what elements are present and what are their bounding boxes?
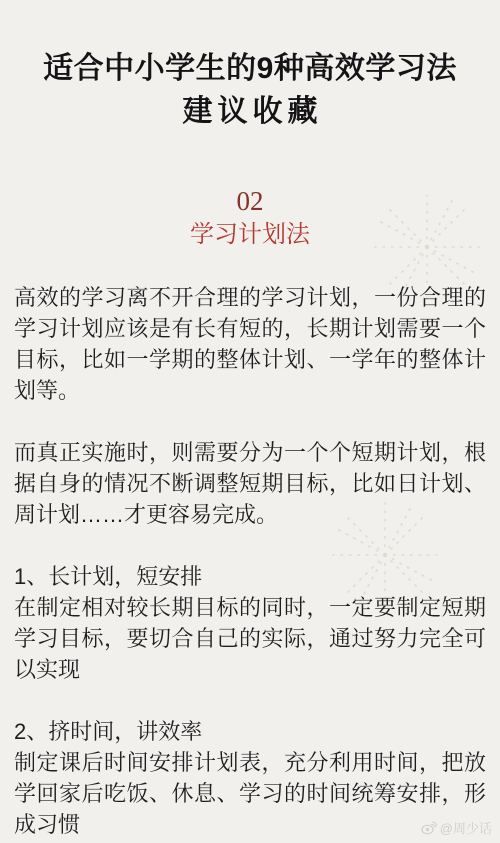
paragraph-short-plans: 而真正实施时，则需要分为一个个短期计划，根据自身的情况不断调整短期目标，比如日计… xyxy=(14,437,486,530)
tip-item-2: 2、挤时间，讲效率 制定课后时间安排计划表，充分利用时间，把放学回家后吃饭、休息… xyxy=(14,716,486,840)
tip-2-heading: 2、挤时间，讲效率 xyxy=(14,716,486,747)
section-header: 02 学习计划法 xyxy=(0,188,500,248)
section-title: 学习计划法 xyxy=(0,222,500,248)
card-body: 高效的学习离不开合理的学习计划，一份合理的学习计划应该是有长有短的，长期计划需要… xyxy=(0,282,500,840)
title-line-2: 建议收藏 xyxy=(0,94,500,130)
tip-1-heading: 1、长计划，短安排 xyxy=(14,561,486,592)
tip-item-1: 1、长计划，短安排 在制定相对较长期目标的同时，一定要制定短期学习目标，要切合自… xyxy=(14,561,486,685)
tip-1-body: 在制定相对较长期目标的同时，一定要制定短期学习目标，要切合自己的实际，通过努力完… xyxy=(14,592,486,685)
title-line-1: 适合中小学生的9种高效学习法 xyxy=(0,50,500,88)
study-tips-card: 适合中小学生的9种高效学习法 建议收藏 02 学习计划法 高效的学习离不开合理的… xyxy=(0,0,500,843)
weibo-watermark: @周少话 xyxy=(421,818,492,837)
card-title: 适合中小学生的9种高效学习法 建议收藏 xyxy=(0,0,500,130)
tip-2-body: 制定课后时间安排计划表，充分利用时间，把放学回家后吃饭、休息、学习的时间统筹安排… xyxy=(14,747,486,840)
weibo-icon xyxy=(421,821,437,835)
section-number: 02 xyxy=(0,188,500,215)
watermark-handle: @周少话 xyxy=(440,818,492,837)
paragraph-intro-long-plans: 高效的学习离不开合理的学习计划，一份合理的学习计划应该是有长有短的，长期计划需要… xyxy=(14,282,486,406)
